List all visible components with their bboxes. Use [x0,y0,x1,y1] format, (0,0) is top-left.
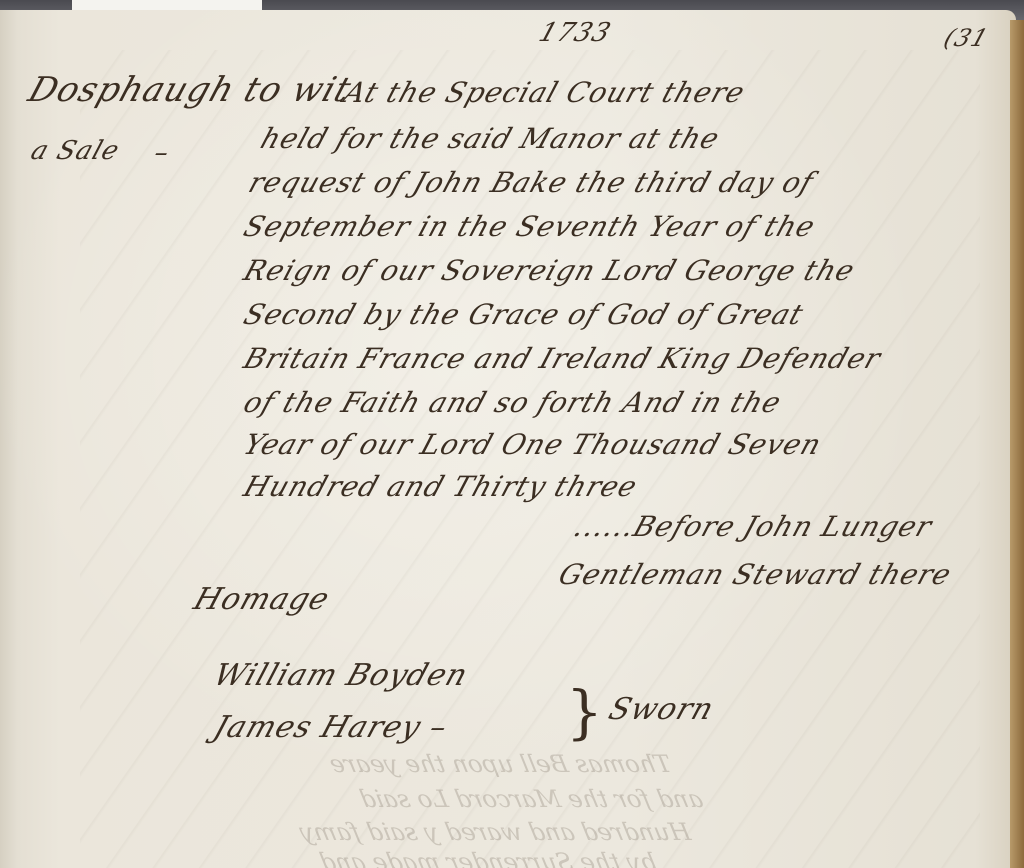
bleed-through-line: and for the Marcord Lo said [357,785,705,813]
margin-dash: – [150,138,174,168]
bleed-through-line: by the Surrender made and [317,848,659,868]
body-line: held for the said Manor at the [257,122,724,155]
body-line: Britain France and Ireland King Defender [240,342,886,375]
folio-number: (31 [940,24,992,52]
sworn-label: Sworn [604,692,718,727]
body-line: At the Special Court there [340,76,750,109]
year-heading: 1733 [535,18,615,48]
body-line: Second by the Grace of God of Great [240,298,808,331]
body-line: request of John Bake the third day of [245,166,818,199]
manuscript-page: Thomas Bell upon the yeare and for the M… [0,10,1016,868]
brace-glyph: } [566,678,604,746]
margin-heading: Dosphaugh to wit [24,70,357,110]
homage-heading: Homage [189,582,334,617]
margin-subheading: a Sale [27,136,124,166]
body-line: of the Faith and so forth And in the [240,386,786,419]
bleed-through-line: Thomas Bell upon the yeare [327,750,674,778]
steward-title-line: Gentleman Steward there [555,558,956,591]
body-line: Hundred and Thirty three [240,470,642,503]
witness-name: William Boyden [209,658,472,693]
body-line: Reign of our Sovereign Lord George the [240,254,860,287]
body-line: September in the Seventh Year of the [240,210,820,243]
bleed-through-line: Hundred and wared y said famy [297,818,693,846]
body-line: Year of our Lord One Thousand Seven [240,428,826,461]
page-edge [1010,20,1024,868]
witness-name: James Harey – [209,710,452,745]
steward-signature-line: ......Before John Lunger [570,510,937,543]
